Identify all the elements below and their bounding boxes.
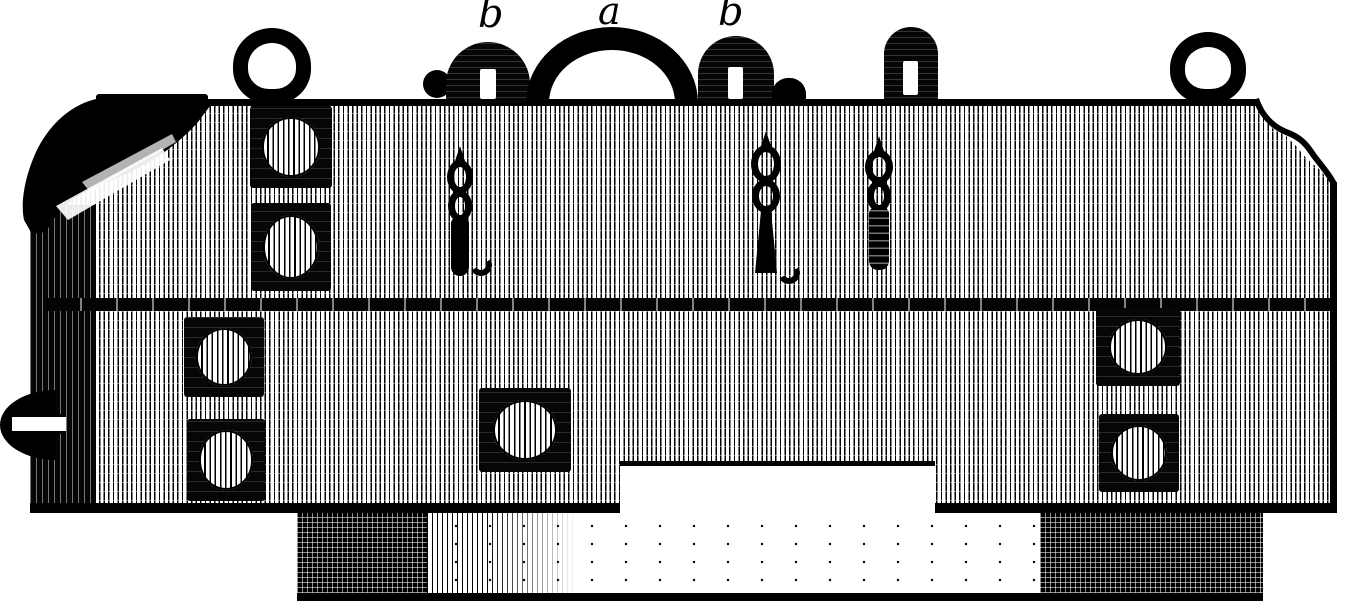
bolt-plate [250,106,332,188]
chain-right [862,136,896,270]
body-right-edge [1330,182,1337,510]
arch-handle [526,27,698,103]
bottom-notch [620,461,935,518]
bolt-plate [184,317,264,397]
bolt-hole [263,215,319,278]
bolt-plate [1099,414,1179,492]
plinth-left-shading [297,513,427,593]
side-lug-bolt [12,414,66,434]
staple-left [446,42,530,103]
chain-link [751,145,781,183]
staple-slot [480,69,496,99]
chain-finial [454,146,466,164]
engraving-canvas: b a b [0,0,1346,609]
bolt-plate [251,203,331,291]
chain-finial [873,136,885,154]
staple-slot [903,61,918,95]
bolt-hole [1109,319,1168,375]
label-a: a [598,0,621,30]
chain-tassel [869,208,889,270]
chain-link [752,179,780,213]
plinth-mid-shading [427,513,577,593]
corner-scroll [12,86,212,238]
small-staple [884,27,938,103]
chain-link [865,150,893,184]
bolt-hole [262,117,319,176]
lifting-ring-right [1170,32,1246,104]
plinth-right-shading [1040,513,1263,593]
chain-finial [760,131,772,149]
chain-middle [748,131,784,273]
chain-pendant [451,218,469,276]
staple-right [698,36,774,103]
staple-slot [728,67,743,99]
bolt-plate [1096,308,1180,386]
bolt-plate [479,388,571,472]
bolt-hole [493,400,557,460]
bolt-hole [1111,425,1167,481]
ogee-corner [1248,96,1340,192]
bolt-plate [187,419,265,501]
label-b-left: b [478,0,504,34]
staple-foot [772,78,806,103]
lifting-ring-left [233,28,311,104]
left-shaded-edge [30,205,96,508]
base-plinth [297,513,1263,601]
chain-pendant [755,209,777,273]
chain-link [447,160,473,194]
bolt-hole [196,328,252,386]
label-b-right: b [718,0,744,32]
bolt-hole [199,430,254,489]
